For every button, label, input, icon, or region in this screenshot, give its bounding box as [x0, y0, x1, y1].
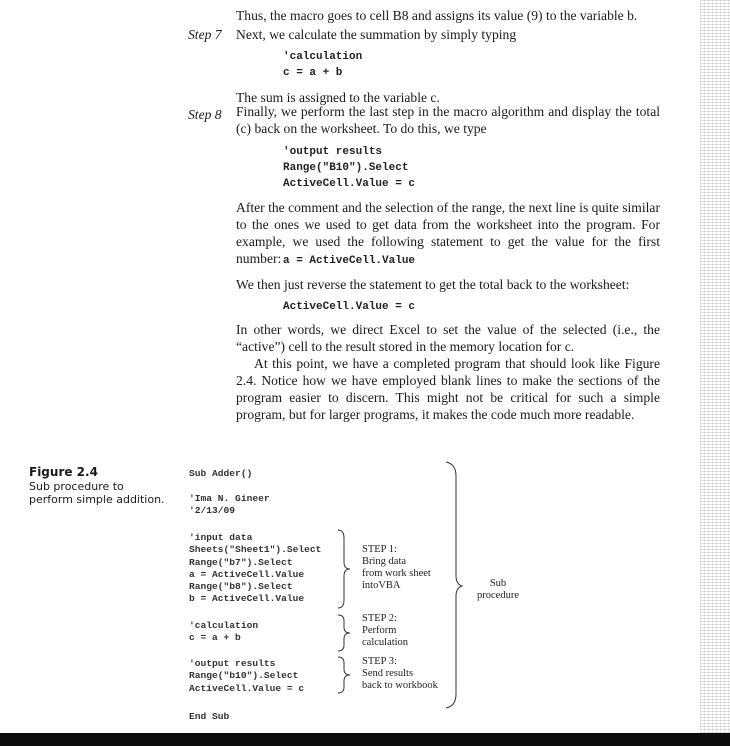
para-reverse: We then just reverse the statement to ge… — [236, 276, 660, 293]
brace-step1-icon — [336, 528, 352, 610]
para-other-words: In other words, we direct Excel to set t… — [236, 321, 660, 355]
annotation-sub-procedure: Sub procedure — [470, 578, 526, 602]
scan-edge-noise — [700, 0, 730, 733]
step7-code: 'calculation c = a + b — [283, 49, 362, 81]
annotation-step3: STEP 3: Send results back to workbook — [362, 656, 438, 692]
step8-label: Step 8 — [188, 106, 222, 123]
brace-step2-icon — [336, 613, 352, 653]
figure-code-header: Sub Adder() — [189, 468, 252, 480]
scan-bottom-bar — [0, 733, 730, 746]
para-intro: Thus, the macro goes to cell B8 and assi… — [236, 7, 660, 24]
brace-step3-icon — [336, 655, 352, 695]
step8-text: Finally, we perform the last step in the… — [236, 103, 660, 137]
figure-number: Figure 2.4 — [29, 465, 98, 479]
figure-code-calc: 'calculation c = a + b — [189, 620, 258, 645]
figure-code-author: 'Ima N. Gineer '2/13/09 — [189, 493, 270, 518]
code-set-value: ActiveCell.Value = c — [283, 299, 415, 315]
figure-code-end: End Sub — [189, 711, 229, 723]
para-complete: At this point, we have a completed progr… — [236, 355, 660, 423]
step8-code: 'output results Range("B10").Select Acti… — [283, 144, 415, 192]
annotation-step2: STEP 2: Perform calculation — [362, 613, 408, 649]
figure-code-input: 'input data Sheets("Sheet1").Select Rang… — [189, 532, 321, 606]
step7-text: Next, we calculate the summation by simp… — [236, 26, 660, 43]
brace-sub-procedure-icon — [444, 460, 464, 710]
figure-caption: Sub procedure to perform simple addition… — [29, 480, 169, 506]
annotation-step1: STEP 1: Bring data from work sheet intoV… — [362, 544, 431, 592]
code-get-value: a = ActiveCell.Value — [283, 253, 415, 269]
step7-label: Step 7 — [188, 26, 222, 43]
figure-code-output: 'output results Range("b10").Select Acti… — [189, 658, 304, 695]
